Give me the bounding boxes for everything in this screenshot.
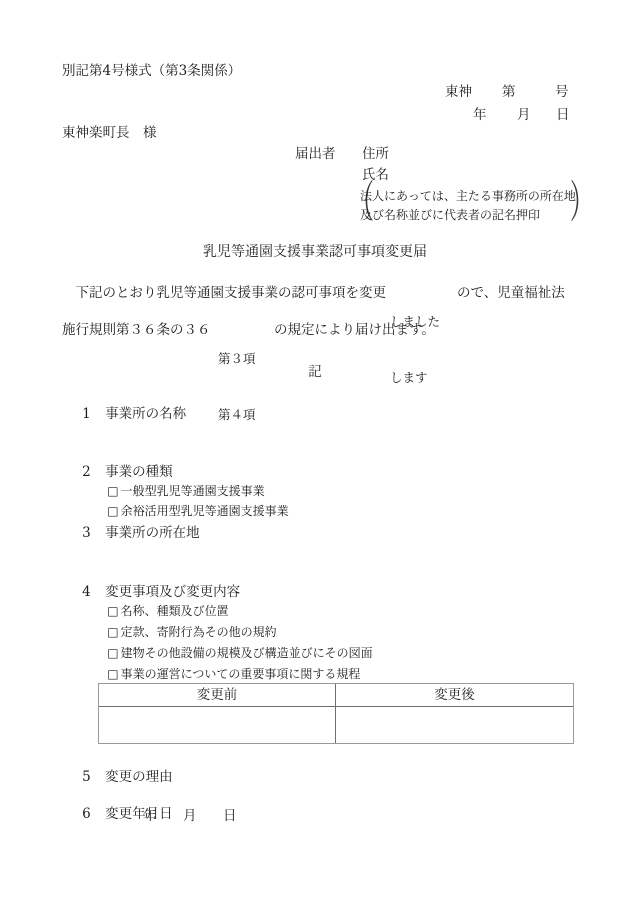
body-line2-after: の規定により届け出ます。 — [274, 322, 435, 340]
document-title: 乳児等通園支援事業認可事項変更届 — [0, 243, 630, 261]
addressee: 東神楽町長 様 — [62, 125, 157, 143]
change-table: 変更前 変更後 — [98, 683, 574, 744]
body-line1-before: 下記のとおり乳児等通園支援事業の認可事項を変更 — [62, 285, 386, 303]
section-1: 1事業所の名称 — [65, 388, 186, 441]
body-line2-before: 施行規則第３６条の３６ — [62, 322, 211, 340]
change-date-year-label: 年 — [143, 808, 157, 826]
date-year-label: 年 — [473, 107, 487, 125]
section-3-number: 3 — [82, 525, 105, 543]
section-6-number: 6 — [82, 806, 105, 824]
section-3: 3事業所の所在地 — [65, 507, 200, 560]
form-page: 別記第4号様式（第3条関係） 東神 第 号 年 月 日 東神楽町長 様 届出者 … — [0, 0, 630, 903]
section-5-number: 5 — [82, 769, 105, 787]
applicant-address-label: 住所 — [362, 146, 389, 164]
change-table-value-row — [99, 707, 573, 743]
doc-number-office: 東神 — [445, 84, 472, 102]
section-1-number: 1 — [82, 406, 105, 424]
body-line1-options: しました します — [390, 276, 440, 424]
record-marker: 記 — [0, 364, 630, 382]
paren-close-icon: ） — [570, 181, 594, 225]
change-date-day-label: 日 — [223, 808, 237, 826]
body-line2-options: 第３項 第４項 — [218, 313, 256, 461]
body-line1-after: ので、児童福祉法 — [457, 285, 565, 303]
applicant-note-line1: 法人にあっては、主たる事務所の所在地 — [360, 189, 576, 205]
section-3-label: 事業所の所在地 — [105, 525, 200, 541]
doc-number-prefix: 第 — [502, 84, 516, 102]
table-header-after: 変更後 — [336, 684, 573, 706]
change-date-month-label: 月 — [183, 808, 197, 826]
section-6-label: 変更年月日 — [105, 806, 173, 822]
change-table-header-row: 変更前 変更後 — [99, 684, 573, 707]
section-1-label: 事業所の名称 — [105, 406, 186, 422]
section-5-label: 変更の理由 — [105, 769, 173, 785]
option-paragraph4: 第４項 — [218, 406, 256, 425]
doc-number-suffix: 号 — [555, 84, 569, 102]
date-month-label: 月 — [517, 107, 531, 125]
table-cell-before-value — [99, 707, 336, 743]
applicant-label: 届出者 — [295, 146, 336, 164]
date-day-label: 日 — [556, 107, 570, 125]
table-header-before: 変更前 — [99, 684, 336, 706]
table-cell-after-value — [336, 707, 573, 743]
form-style-id: 別記第4号様式（第3条関係） — [62, 63, 241, 81]
applicant-note-line2: 及び名称並びに代表者の記名押印 — [360, 208, 540, 224]
